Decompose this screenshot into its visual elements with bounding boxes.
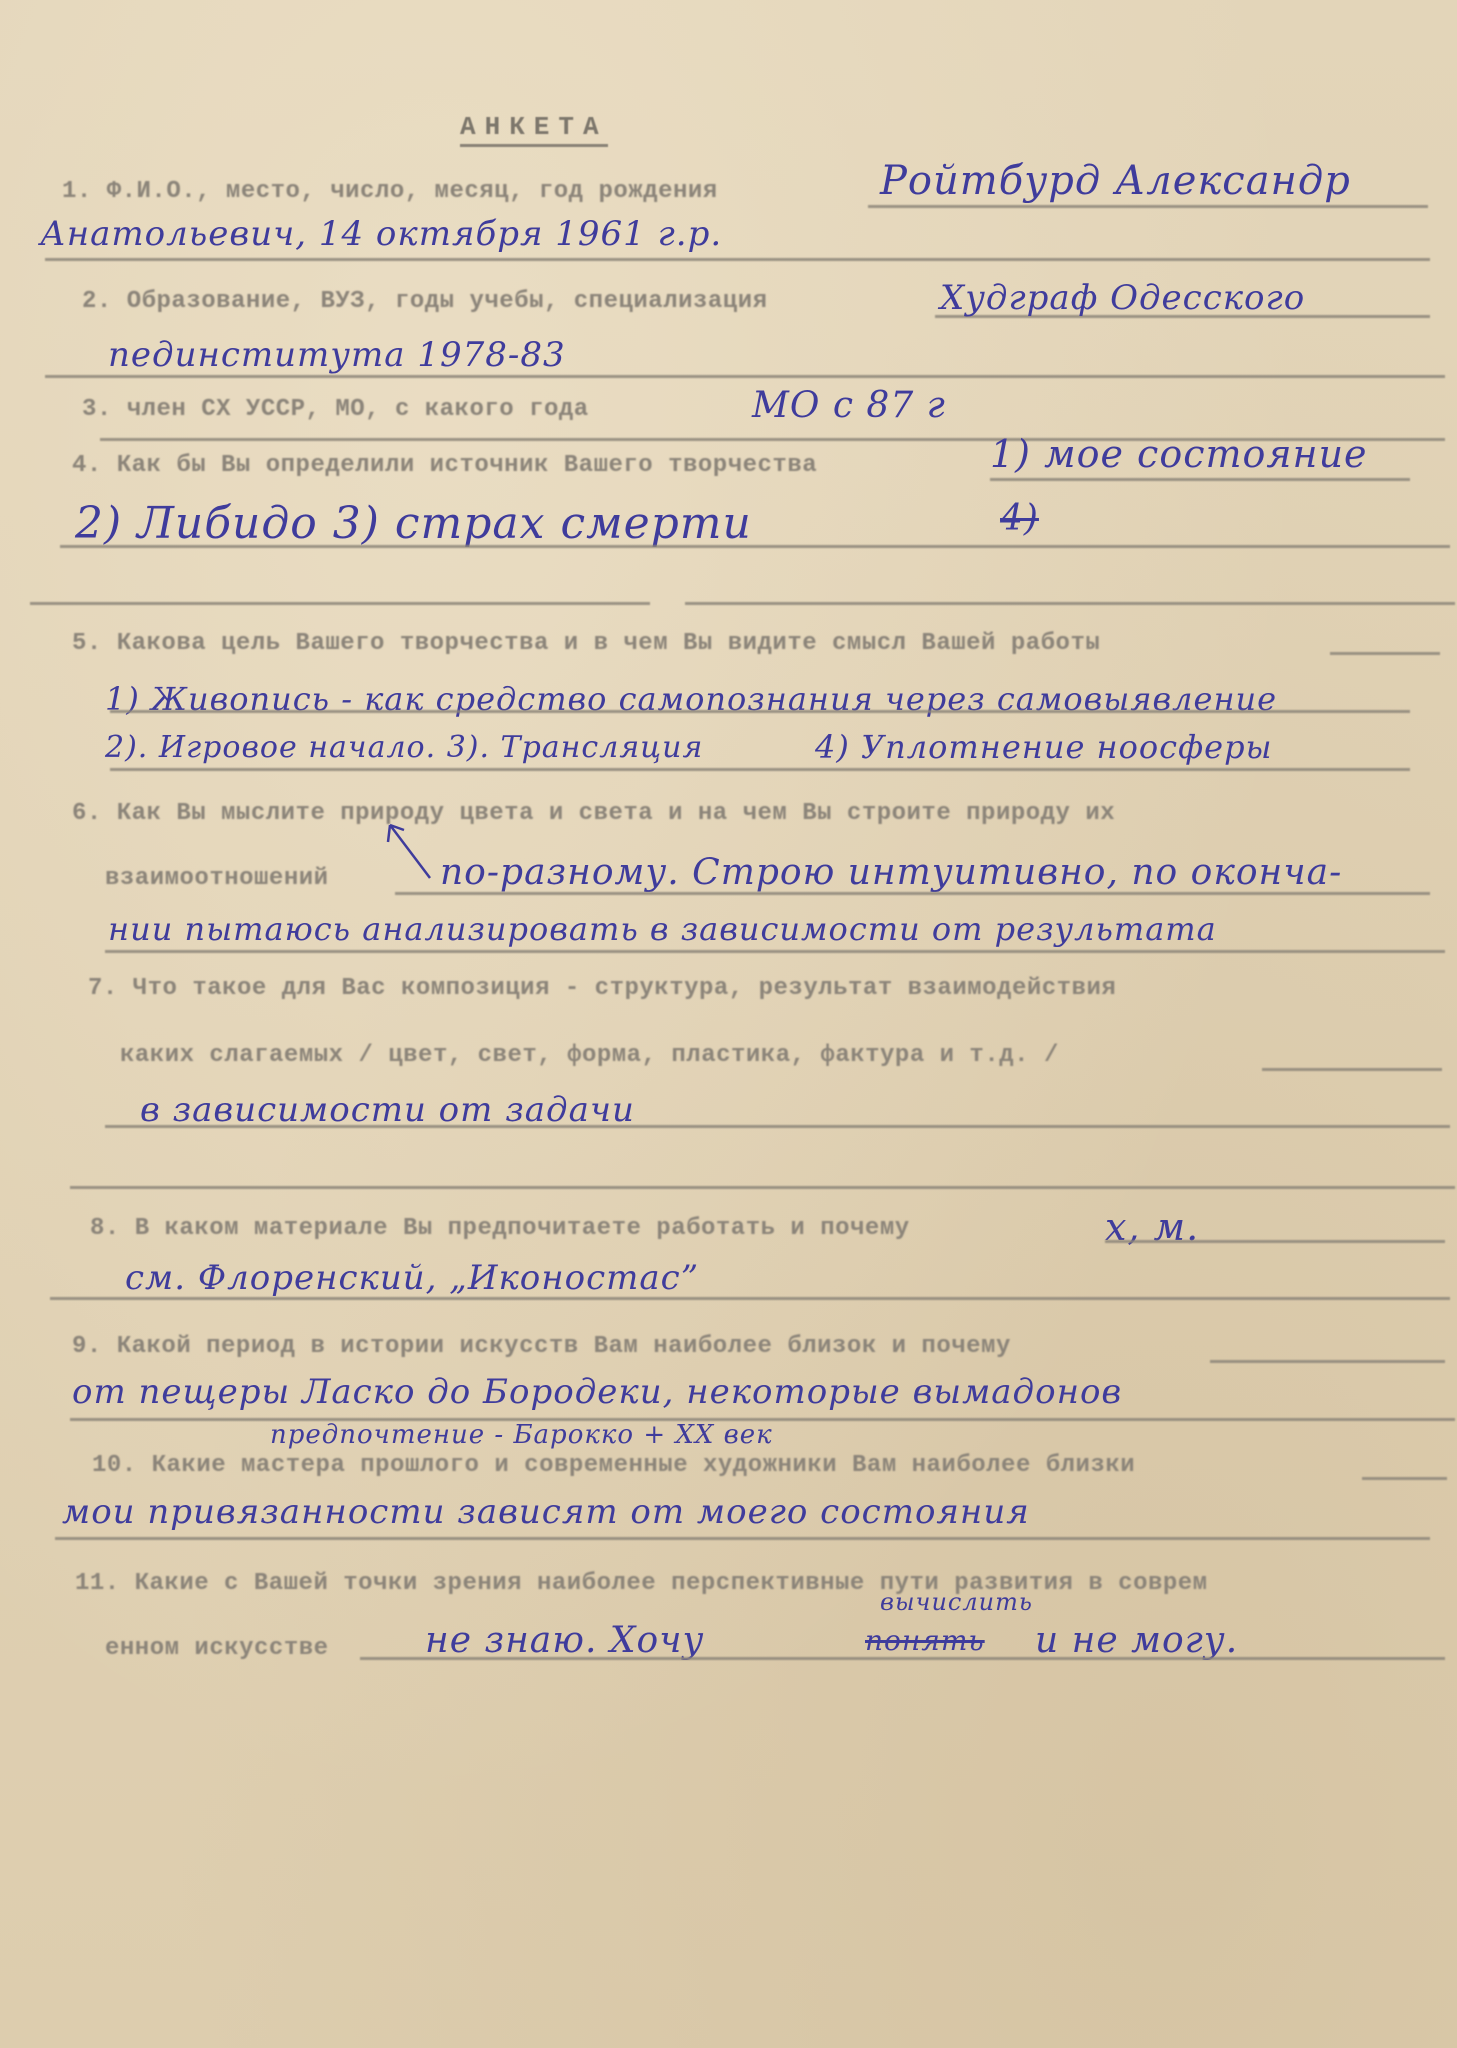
question-7-prompt-line-1: 7. Что такое для Вас композиция - структ…	[88, 975, 1116, 1002]
question-7-prompt-line-2: каких слагаемых / цвет, свет, форма, пла…	[120, 1042, 1059, 1069]
form-title: АНКЕТА	[460, 112, 608, 147]
answer-6-line-1[interactable]: по-разному. Строю интуитивно, по оконча-	[440, 852, 1342, 893]
answer-8-line-2[interactable]: см. Флоренский, „Иконостас”	[125, 1258, 699, 1298]
answer-4-line-1[interactable]: 1) мое состояние	[990, 432, 1368, 476]
answer-2-line-2[interactable]: пединститута 1978-83	[108, 335, 566, 375]
question-5-prompt: 5. Какова цель Вашего творчества и в чем…	[72, 630, 1100, 657]
answer-4-line-2[interactable]: 2) Либидо 3) страх смерти	[75, 498, 752, 549]
answer-rule	[360, 1657, 1445, 1660]
answer-2-line-1[interactable]: Худграф Одесского	[940, 278, 1305, 318]
answer-rule	[1362, 1477, 1447, 1480]
answer-6-line-2[interactable]: нии пытаюсь анализировать в зависимости …	[108, 910, 1217, 948]
answer-rule	[1262, 1068, 1442, 1071]
answer-1-line-1[interactable]: Ройтбурд Александр	[880, 158, 1351, 204]
question-2-prompt: 2. Образование, ВУЗ, годы учебы, специал…	[82, 288, 768, 315]
answer-11-part-2[interactable]: и не могу.	[1035, 1620, 1238, 1661]
answer-rule	[30, 602, 650, 605]
answer-rule	[45, 258, 1430, 261]
answer-rule	[395, 892, 1430, 895]
answer-rule	[990, 478, 1410, 481]
answer-rule	[685, 602, 1455, 605]
answer-1-line-2[interactable]: Анатольевич, 14 октября 1961 г.р.	[40, 214, 722, 254]
question-8-prompt: 8. В каком материале Вы предпочитаете ра…	[90, 1215, 910, 1242]
insertion-arrow-icon	[380, 820, 440, 880]
answer-rule	[105, 1125, 1450, 1128]
answer-11-part-1[interactable]: не знаю. Хочу	[425, 1620, 704, 1661]
answer-rule	[60, 545, 1450, 548]
question-1-prompt: 1. Ф.И.О., место, число, месяц, год рожд…	[62, 178, 718, 205]
question-3-prompt: 3. член СХ УССР, МО, с какого года	[82, 396, 589, 423]
answer-rule	[70, 1186, 1455, 1189]
answer-rule	[110, 768, 1410, 771]
answer-5-line-3[interactable]: 4) Уплотнение ноосферы	[815, 728, 1273, 766]
answer-11-struck-word: понять	[865, 1624, 985, 1657]
answer-rule	[105, 950, 1445, 953]
answer-5-line-2[interactable]: 2). Игровое начало. 3). Трансляция	[105, 730, 703, 765]
answer-rule	[1105, 1240, 1445, 1243]
answer-rule	[1210, 1360, 1445, 1363]
answer-9-line-1[interactable]: от пещеры Ласко до Бородеки, некоторые в…	[72, 1372, 1122, 1412]
answer-rule	[1330, 652, 1440, 655]
answer-rule	[110, 710, 1410, 713]
struck-number: 4)	[1000, 498, 1039, 539]
answer-10[interactable]: мои привязанности зависят от моего состо…	[62, 1492, 1030, 1532]
question-6-prompt-line-1: 6. Как Вы мыслите природу цвета и света …	[72, 800, 1115, 827]
question-6-prompt-line-2: взаимоотношений	[105, 865, 329, 892]
question-11-prompt-line-1: 11. Какие с Вашей точки зрения наиболее …	[75, 1570, 1208, 1597]
answer-9-line-2[interactable]: предпочтение - Барокко + XX век	[270, 1420, 773, 1450]
question-4-prompt: 4. Как бы Вы определили источник Вашего …	[72, 452, 817, 479]
answer-11-insertion[interactable]: вычислить	[880, 1588, 1033, 1616]
question-10-prompt: 10. Какие мастера прошлого и современные…	[92, 1452, 1135, 1479]
question-11-prompt-line-2: енном искусстве	[105, 1635, 329, 1662]
question-9-prompt: 9. Какой период в истории искусств Вам н…	[72, 1333, 1011, 1360]
answer-rule	[55, 1537, 1430, 1540]
answer-7[interactable]: в зависимости от задачи	[140, 1090, 635, 1130]
answer-rule	[45, 375, 1445, 378]
answer-rule	[868, 205, 1428, 208]
answer-3[interactable]: МО с 87 г	[752, 385, 946, 426]
answer-rule	[50, 1297, 1450, 1300]
